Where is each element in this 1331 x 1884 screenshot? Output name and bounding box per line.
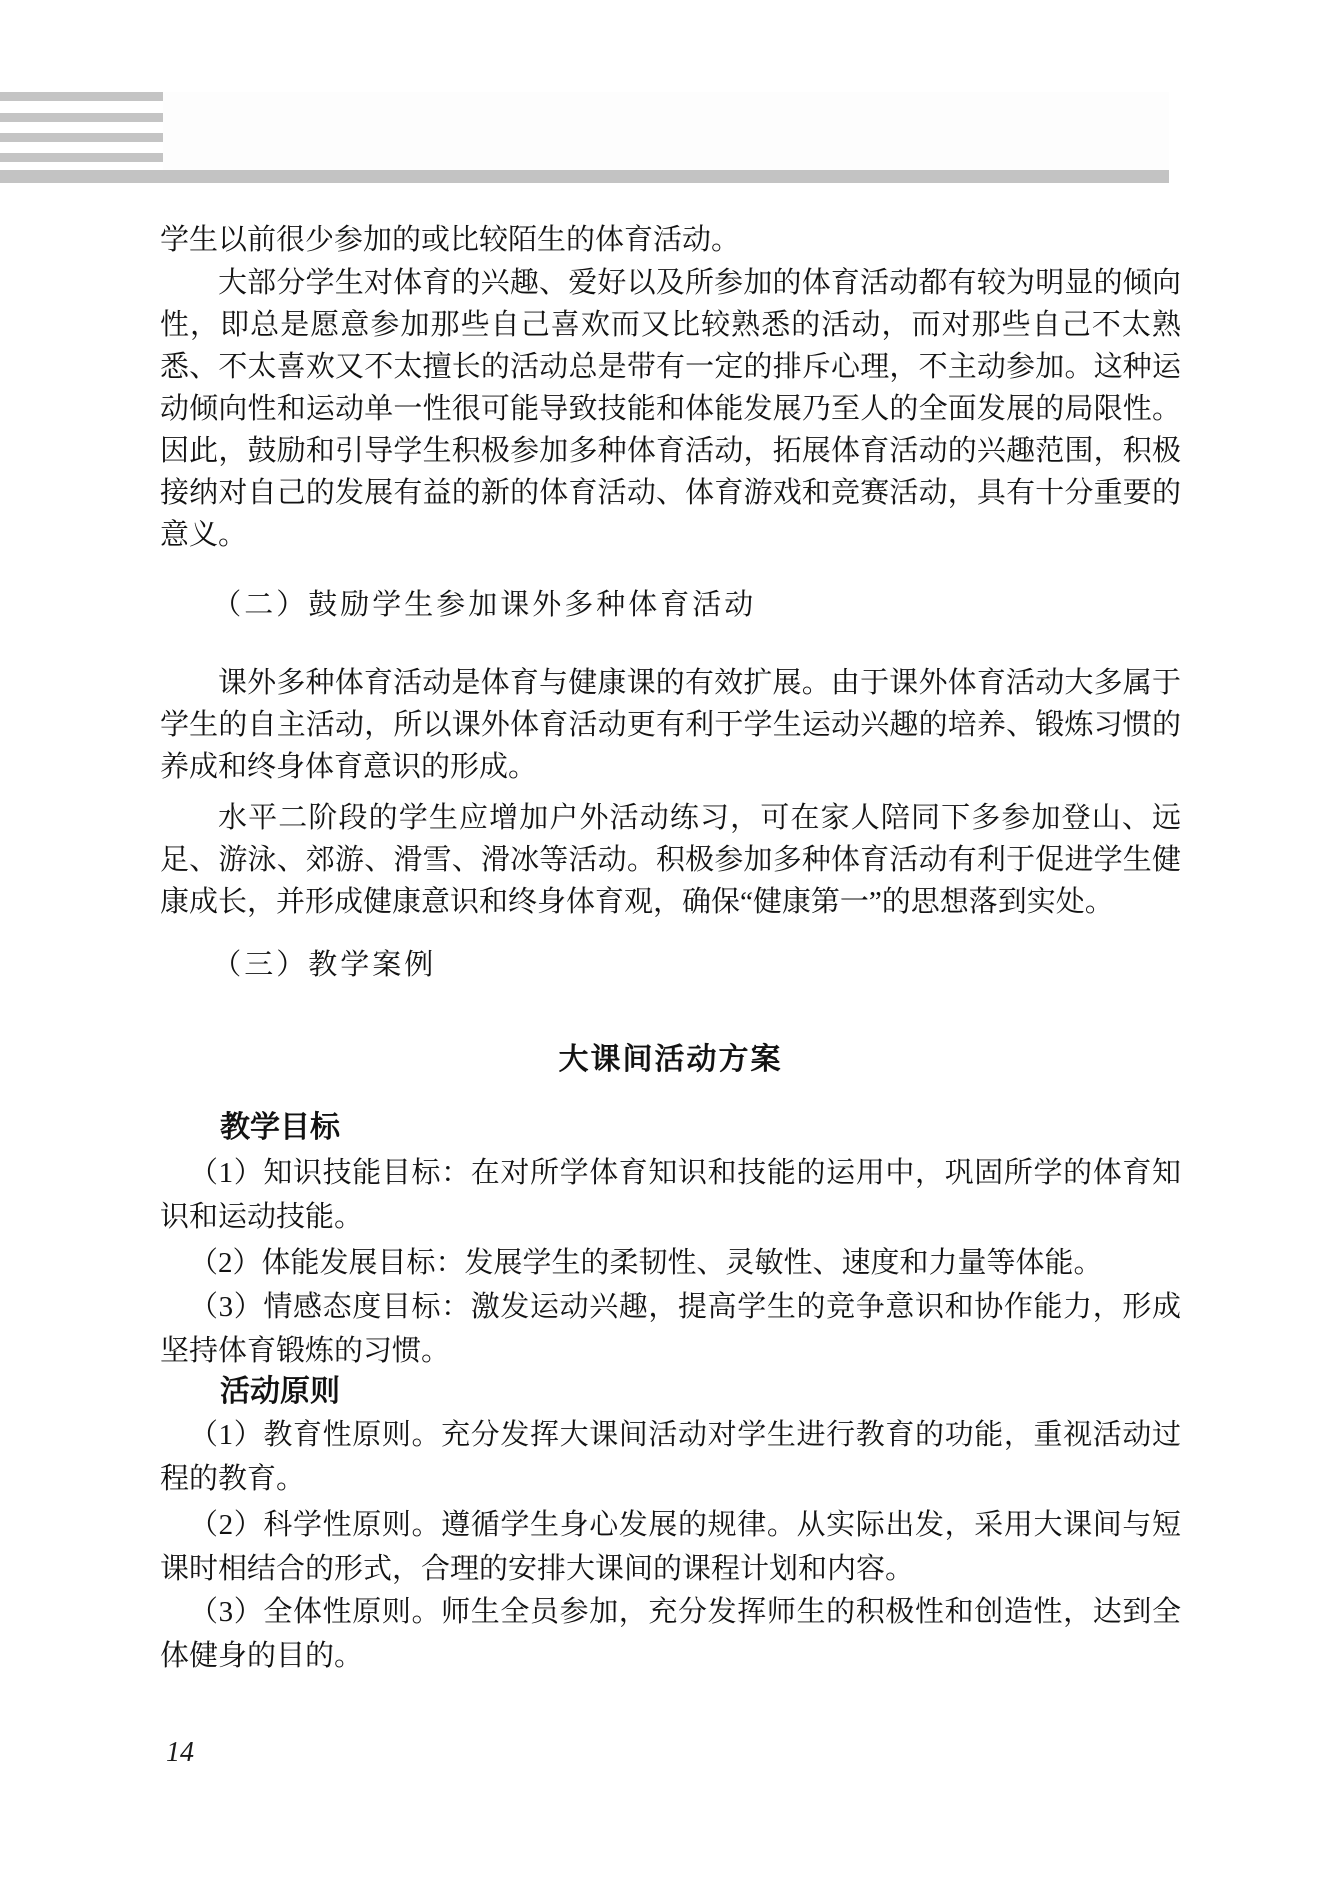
text-line: 坚持体育锻炼的习惯。 (160, 1329, 1181, 1373)
text-line: 康成长，并形成健康意识和终身体育观，确保“健康第一”的思想落到实处。 (160, 881, 1181, 923)
text-line: 意义。 (160, 514, 1181, 556)
text-line: （1）知识技能目标：在对所学体育知识和技能的运用中，巩固所学的体育知 (160, 1151, 1181, 1195)
text-line: （2）体能发展目标：发展学生的柔韧性、灵敏性、速度和力量等体能。 (160, 1241, 1181, 1285)
paragraph-level-two: 水平二阶段的学生应增加户外活动练习，可在家人陪同下多参加登山、远 足、游泳、郊游… (160, 797, 1181, 923)
deco-bar (0, 153, 163, 162)
text-line: 程的教育。 (160, 1457, 1181, 1501)
text-line: 课外多种体育活动是体育与健康课的有效扩展。由于课外体育活动大多属于 (160, 662, 1181, 704)
book-page: 学生以前很少参加的或比较陌生的体育活动。 大部分学生对体育的兴趣、爱好以及所参加… (0, 0, 1331, 1884)
goal-item: （3）情感态度目标：激发运动兴趣，提高学生的竞争意识和协作能力，形成 坚持体育锻… (160, 1285, 1181, 1373)
text-line: 性，即总是愿意参加那些自己喜欢而又比较熟悉的活动，而对那些自己不太熟 (160, 304, 1181, 346)
deco-bar (0, 133, 163, 142)
text-line: 识和运动技能。 (160, 1195, 1181, 1239)
text-line: 悉、不太喜欢又不太擅长的活动总是带有一定的排斥心理，不主动参加。这种运 (160, 346, 1181, 388)
page-content: 学生以前很少参加的或比较陌生的体育活动。 大部分学生对体育的兴趣、爱好以及所参加… (160, 0, 1181, 1884)
text-line: 动倾向性和运动单一性很可能导致技能和体能发展乃至人的全面发展的局限性。 (160, 388, 1181, 430)
deco-bar (0, 92, 163, 101)
text-line: 水平二阶段的学生应增加户外活动练习，可在家人陪同下多参加登山、远 (160, 797, 1181, 839)
deco-bar (0, 113, 163, 122)
text-line: （3）全体性原则。师生全员参加，充分发挥师生的积极性和创造性，达到全 (160, 1590, 1181, 1634)
text-line: 课时相结合的形式，合理的安排大课间的课程计划和内容。 (160, 1547, 1181, 1591)
goal-item: （2）体能发展目标：发展学生的柔韧性、灵敏性、速度和力量等体能。 (160, 1241, 1181, 1285)
case-title: 大课间活动方案 (160, 1038, 1181, 1082)
principle-item: （3）全体性原则。师生全员参加，充分发挥师生的积极性和创造性，达到全 体健身的目… (160, 1590, 1181, 1678)
text-line: 足、游泳、郊游、滑雪、滑冰等活动。积极参加多种体育活动有利于促进学生健 (160, 839, 1181, 881)
paragraph-extracurricular: 课外多种体育活动是体育与健康课的有效扩展。由于课外体育活动大多属于 学生的自主活… (160, 662, 1181, 788)
text-line: 学生以前很少参加的或比较陌生的体育活动。 (160, 219, 1181, 261)
section-heading-three: （三）教学案例 (160, 943, 1181, 987)
text-line: 学生的自主活动，所以课外体育活动更有利于学生运动兴趣的培养、锻炼习惯的 (160, 704, 1181, 746)
paragraph-tendency: 大部分学生对体育的兴趣、爱好以及所参加的体育活动都有较为明显的倾向 性，即总是愿… (160, 262, 1181, 556)
page-number: 14 (166, 1737, 194, 1769)
goal-item: （1）知识技能目标：在对所学体育知识和技能的运用中，巩固所学的体育知 识和运动技… (160, 1151, 1181, 1239)
text-line: 接纳对自己的发展有益的新的体育活动、体育游戏和竞赛活动，具有十分重要的 (160, 472, 1181, 514)
text-line: （3）情感态度目标：激发运动兴趣，提高学生的竞争意识和协作能力，形成 (160, 1285, 1181, 1329)
section-heading-two: （二）鼓励学生参加课外多种体育活动 (160, 583, 1181, 627)
text-line: （1）教育性原则。充分发挥大课间活动对学生进行教育的功能，重视活动过 (160, 1413, 1181, 1457)
paragraph-continuation: 学生以前很少参加的或比较陌生的体育活动。 (160, 219, 1181, 261)
subheading-activity-principles: 活动原则 (160, 1371, 1181, 1413)
text-line: 体健身的目的。 (160, 1634, 1181, 1678)
principle-item: （2）科学性原则。遵循学生身心发展的规律。从实际出发，采用大课间与短 课时相结合… (160, 1503, 1181, 1591)
text-line: （2）科学性原则。遵循学生身心发展的规律。从实际出发，采用大课间与短 (160, 1503, 1181, 1547)
text-line: 大部分学生对体育的兴趣、爱好以及所参加的体育活动都有较为明显的倾向 (160, 262, 1181, 304)
text-line: 养成和终身体育意识的形成。 (160, 746, 1181, 788)
principle-item: （1）教育性原则。充分发挥大课间活动对学生进行教育的功能，重视活动过 程的教育。 (160, 1413, 1181, 1501)
subheading-teaching-goals: 教学目标 (160, 1107, 1181, 1149)
text-line: 因此，鼓励和引导学生积极参加多种体育活动，拓展体育活动的兴趣范围，积极 (160, 430, 1181, 472)
